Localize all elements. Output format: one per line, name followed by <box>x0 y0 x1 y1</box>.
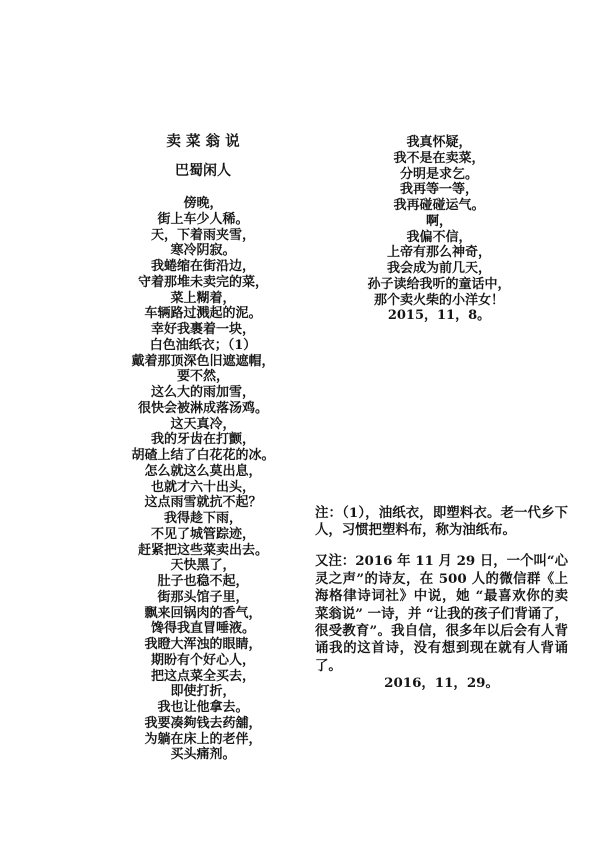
poem-line: 肚子也稳不起， <box>78 574 328 590</box>
poem-line: 我的牙齿在打颤， <box>78 432 328 448</box>
poem-line: 我要凑夠钱去药舖， <box>78 716 328 732</box>
poem-line: 啊， <box>305 214 573 230</box>
poem-line: 我再碰碰运气。 <box>305 198 573 214</box>
poem-line: 要不然， <box>78 369 328 385</box>
poem-line: 戴着那顶深色旧遮遮帽， <box>78 354 328 370</box>
poem-line: 我不是在卖菜， <box>305 151 573 167</box>
poem-line: 期盼有个好心人， <box>78 653 328 669</box>
poem-title: 卖 菜 翁 说 <box>78 134 328 150</box>
poem-line: 把这点菜全买去， <box>78 669 328 685</box>
poem-line: 飘来回锅肉的香气， <box>78 606 328 622</box>
poem-line: 这天真冷， <box>78 417 328 433</box>
poem-line: 我也让他拿去。 <box>78 700 328 716</box>
poem-line: 街那头馆子里， <box>78 590 328 606</box>
poem-stanza-right: 我真怀疑，我不是在卖菜，分明是求乞。我再等一等，我再碰碰运气。啊，我偏不信，上帝… <box>305 135 573 308</box>
poem-line: 买头痛剂。 <box>78 747 328 763</box>
poem-line: 我得趁下雨， <box>78 511 328 527</box>
poem-line: 街上车少人稀。 <box>78 212 328 228</box>
poem-line: 我会成为前几天， <box>305 261 573 277</box>
notes-section: 注：（1），油纸衣，即塑料衣。老一代乡下人，习惯把塑料布，称为油纸布。 又注：2… <box>315 505 568 693</box>
poem-line: 天，下着雨夹雪， <box>78 228 328 244</box>
poem-line: 车辆路过溅起的泥。 <box>78 306 328 322</box>
poem-line: 上帝有那么神奇， <box>305 245 573 261</box>
poem-line: 那个卖火柴的小洋女！ <box>305 293 573 309</box>
poem-author: 巴蜀闲人 <box>78 163 328 179</box>
poem-line: 馋得我直冒唾液。 <box>78 621 328 637</box>
poem-line: 傍晚， <box>78 196 328 212</box>
poem-line: 我真怀疑， <box>305 135 573 151</box>
poem-line: 分明是求乞。 <box>305 167 573 183</box>
poem-line: 也就才六十出头， <box>78 480 328 496</box>
poem-line: 为躺在床上的老伴， <box>78 732 328 748</box>
poem-line: 很快会被淋成落汤鸡。 <box>78 401 328 417</box>
poem-line: 寒冷阴寂。 <box>78 243 328 259</box>
poem-line: 我瞪大浑浊的眼睛， <box>78 637 328 653</box>
poem-line: 我偏不信， <box>305 230 573 246</box>
poem-column-right: 我真怀疑，我不是在卖菜，分明是求乞。我再等一等，我再碰碰运气。啊，我偏不信，上帝… <box>305 135 573 324</box>
document-page: 卖 菜 翁 说 巴蜀闲人 傍晚，街上车少人稀。天，下着雨夹雪，寒冷阴寂。我蜷缩在… <box>0 0 600 849</box>
poem-date: 2015，11，8。 <box>305 308 573 324</box>
poem-line: 我再等一等， <box>305 182 573 198</box>
poem-line: 不见了城管踪迹， <box>78 527 328 543</box>
poem-column-left: 卖 菜 翁 说 巴蜀闲人 傍晚，街上车少人稀。天，下着雨夹雪，寒冷阴寂。我蜷缩在… <box>78 134 328 763</box>
poem-stanza-left: 傍晚，街上车少人稀。天，下着雨夹雪，寒冷阴寂。我蜷缩在街沿边，守着那堆未卖完的菜… <box>78 196 328 763</box>
note-date: 2016，11，29。 <box>315 675 568 692</box>
poem-line: 赶紧把这些菜卖出去。 <box>78 543 328 559</box>
poem-line: 菜上糊着， <box>78 291 328 307</box>
poem-line: 幸好我裹着一块， <box>78 322 328 338</box>
poem-line: 我蜷缩在街沿边， <box>78 259 328 275</box>
poem-line: 守着那堆未卖完的菜， <box>78 275 328 291</box>
poem-line: 这么大的雨加雪， <box>78 385 328 401</box>
poem-line: 白色油纸衣；（1） <box>78 338 328 354</box>
poem-line: 胡碴上结了白花花的冰。 <box>78 448 328 464</box>
poem-line: 孙子读给我听的童话中， <box>305 277 573 293</box>
poem-line: 天快黑了， <box>78 558 328 574</box>
poem-line: 怎么就这么莫出息， <box>78 464 328 480</box>
note-2: 又注：2016 年 11 月 29 日，一个叫“心灵之声”的诗友，在 500 人… <box>315 553 568 675</box>
poem-line: 即使打折， <box>78 684 328 700</box>
poem-line: 这点雨雪就抗不起？ <box>78 495 328 511</box>
note-1: 注：（1），油纸衣，即塑料衣。老一代乡下人，习惯把塑料布，称为油纸布。 <box>315 505 568 540</box>
